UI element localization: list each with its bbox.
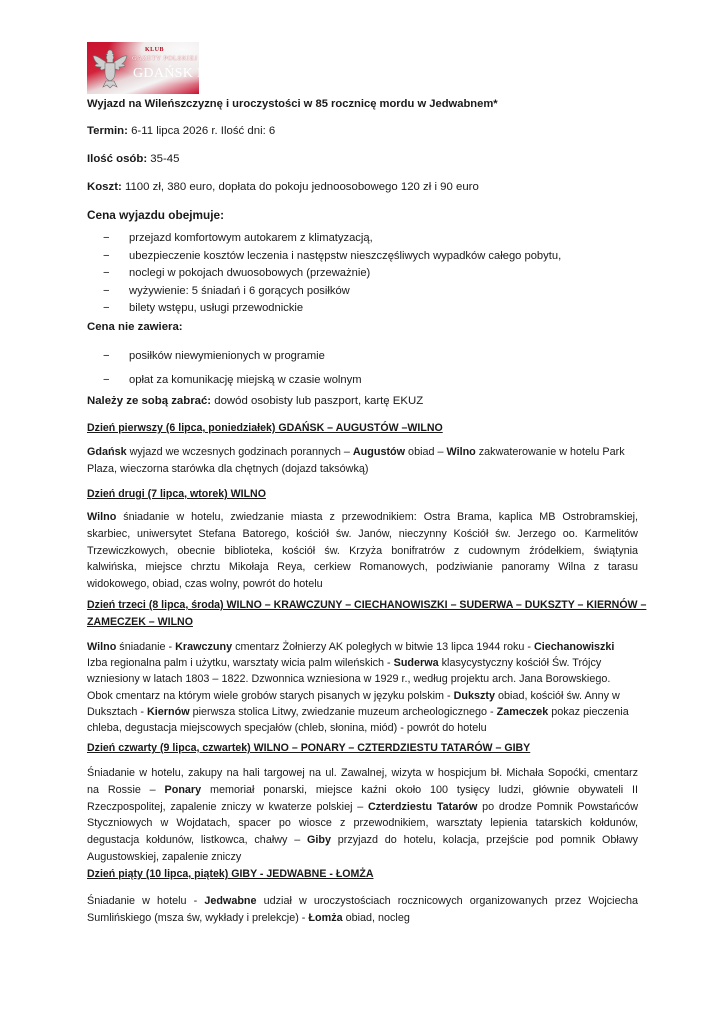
day-5-heading: Dzień piąty (10 lipca, piątek) GIBY - JE… [87,867,373,881]
description-text: klasycystyczny kościół Św. Trójcy [439,657,602,669]
description-line: Sumlińskiego (msza św, wykłady i prelekc… [87,910,638,927]
description-line: Styczniowych w Wojdatach, spacer po wios… [87,815,638,832]
document-title: Wyjazd na Wileńszczyznę i uroczystości w… [87,97,498,111]
place-name: Suderwa [394,657,439,669]
people-row: Ilość osób: 35-45 [87,152,179,166]
logo-line-1: KLUB [145,47,164,53]
description-text: udział w uroczystościach rocznicowych or… [257,895,638,907]
place-name: Gdańsk [87,446,127,458]
place-name: Ciechanowiszki [534,641,614,653]
description-line: Trzewiczkowych, obecnie biblioteka, kośc… [87,543,638,560]
description-text: Augustowskiej, zapalenie zniczy [87,851,241,863]
dash-bullet-icon: − [103,300,110,318]
description-text: obiad – [405,446,446,458]
description-text: obiad, nocleg [343,912,410,924]
place-name: Czterdziestu Tatarów [368,801,478,813]
description-text: Plaza, wieczorna starówka dla chętnych (… [87,463,368,475]
term-label: Termin: [87,125,128,137]
includes-heading: Cena wyjazdu obejmuje: [87,208,224,222]
description-text: Rzeczpospolitej, zapalenie zniczy w kwat… [87,801,368,813]
excludes-item: −opłat za komunikację miejską w czasie w… [87,368,362,392]
place-name: Zameczek [497,706,549,718]
includes-list: −przejazd komfortowym autokarem z klimat… [87,230,561,318]
description-line: Wilno śniadanie - Krawczuny cmentarz Żoł… [87,639,638,655]
day-1-heading: Dzień pierwszy (6 lipca, poniedziałek) G… [87,421,443,435]
place-name: Dukszty [454,690,495,702]
includes-item: −noclegi w pokojach dwuosobowych (przewa… [87,265,561,283]
dash-bullet-icon: − [103,248,110,266]
description-text: kalwińska, miejsce chrztu Mikołaja Reya,… [87,561,638,573]
place-name: Łomża [308,912,342,924]
description-text: wyjazd we wczesnych godzinach porannych … [127,446,353,458]
day-3-heading-line-1: Dzień trzeci (8 lipca, środa) WILNO – KR… [87,598,646,612]
term-value: 6-11 lipca 2026 r. Ilość dni: 6 [128,125,275,137]
cost-label: Koszt: [87,181,122,193]
description-line: Izba regionalna palm i użytku, warsztaty… [87,655,638,671]
description-line: Wilno śniadanie w hotelu, zwiedzanie mia… [87,509,638,526]
excludes-item-text: opłat za komunikację miejską w czasie wo… [129,374,362,386]
dash-bullet-icon: − [103,368,110,392]
description-line: Obok cmentarz na którym wiele grobów sta… [87,688,638,704]
description-text: Obok cmentarz na którym wiele grobów sta… [87,690,454,702]
description-text: skarbiec, uniwersytet Stefana Batorego, … [87,528,638,540]
description-line: Augustowskiej, zapalenie zniczy [87,849,638,866]
includes-item-text: bilety wstępu, usługi przewodnickie [129,302,303,314]
people-label: Ilość osób: [87,153,147,165]
includes-item: −bilety wstępu, usługi przewodnickie [87,300,561,318]
place-name: Kiernów [147,706,190,718]
description-text: chleba, degustacja miejscowych specjałów… [87,722,487,734]
includes-item: −ubezpieczenie kosztów leczenia i następ… [87,248,561,266]
logo-line-3: GDAŃSK II [133,66,199,82]
place-name: Jedwabne [204,895,256,907]
day-4-heading: Dzień czwarty (9 lipca, czwartek) WILNO … [87,741,530,755]
description-line: Rzeczpospolitej, zapalenie zniczy w kwat… [87,799,638,816]
description-text: śniadanie - [116,641,175,653]
logo-line-2: GAZETY POLSKIEJ [132,55,198,62]
description-text: Izba regionalna palm i użytku, warsztaty… [87,657,394,669]
place-name: Wilno [87,641,116,653]
description-text: widokowego, obiad, czas wolny, powrót do… [87,578,323,590]
description-text: memoriał ponarski, miejsce kaźni około 1… [201,784,638,796]
place-name: Giby [307,834,331,846]
description-text: przyjazd do hotelu, kolacja, przejście p… [331,834,638,846]
description-text: degustacja kołdunów, listkowca, chałwy – [87,834,307,846]
day-5-description: Śniadanie w hotelu - Jedwabne udział w u… [87,893,638,927]
document-page: KLUB GAZETY POLSKIEJ GDAŃSK II Wyjazd na… [0,0,725,1024]
description-text: obiad, kościół św. Anny w [495,690,620,702]
description-line: degustacja kołdunów, listkowca, chałwy –… [87,832,638,849]
cost-value: 1100 zł, 380 euro, dopłata do pokoju jed… [122,181,479,193]
bring-row: Należy ze sobą zabrać: dowód osobisty lu… [87,394,423,408]
description-line: wzniesiony w latach 1803 – 1822. Dzwonni… [87,671,638,687]
place-name: Ponary [165,784,202,796]
description-text: Duksztach - [87,706,147,718]
description-text: cmentarz Żołnierzy AK poległych w bitwie… [232,641,534,653]
description-text: zakwaterowanie w hotelu Park [476,446,625,458]
includes-item: −przejazd komfortowym autokarem z klimat… [87,230,561,248]
description-text: śniadanie w hotelu, zwiedzanie miasta z … [116,511,638,523]
excludes-heading: Cena nie zawiera: [87,320,183,334]
description-line: kalwińska, miejsce chrztu Mikołaja Reya,… [87,559,638,576]
place-name: Krawczuny [175,641,232,653]
description-text: pokaz pieczenia [548,706,628,718]
description-text: pierwsza stolica Litwy, zwiedzanie muzeu… [190,706,497,718]
excludes-item-text: posiłków niewymienionych w programie [129,350,325,362]
term-row: Termin: 6-11 lipca 2026 r. Ilość dni: 6 [87,124,275,138]
dash-bullet-icon: − [103,265,110,283]
description-text: Trzewiczkowych, obecnie biblioteka, kośc… [87,545,638,557]
day-4-description: Śniadanie w hotelu, zakupy na hali targo… [87,765,638,866]
description-line: chleba, degustacja miejscowych specjałów… [87,720,638,736]
place-name: Wilno [87,511,116,523]
description-line: Plaza, wieczorna starówka dla chętnych (… [87,461,638,478]
description-text: po drodze Pomnik Powstańców [477,801,638,813]
description-line: widokowego, obiad, czas wolny, powrót do… [87,576,638,593]
place-name: Wilno [446,446,475,458]
bring-value: dowód osobisty lub paszport, kartę EKUZ [211,395,423,407]
includes-item-text: noclegi w pokojach dwuosobowych (przeważ… [129,267,370,279]
dash-bullet-icon: − [103,230,110,248]
includes-item: −wyżywienie: 5 śniadań i 6 gorących posi… [87,283,561,301]
day-1-description: Gdańsk wyjazd we wczesnych godzinach por… [87,444,638,478]
people-value: 35-45 [147,153,179,165]
description-text: wzniesiony w latach 1803 – 1822. Dzwonni… [87,673,610,685]
place-name: Augustów [353,446,405,458]
description-line: na Rossie – Ponary memoriał ponarski, mi… [87,782,638,799]
day-3-heading-line-2: ZAMECZEK – WILNO [87,615,193,629]
club-logo: KLUB GAZETY POLSKIEJ GDAŃSK II [87,42,199,94]
excludes-item: −posiłków niewymienionych w programie [87,344,362,368]
description-line: Duksztach - Kiernów pierwsza stolica Lit… [87,704,638,720]
dash-bullet-icon: − [103,283,110,301]
description-text: Styczniowych w Wojdatach, spacer po wios… [87,817,638,829]
description-line: Śniadanie w hotelu, zakupy na hali targo… [87,765,638,782]
description-line: Śniadanie w hotelu - Jedwabne udział w u… [87,893,638,910]
description-text: na Rossie – [87,784,165,796]
excludes-list: −posiłków niewymienionych w programie−op… [87,344,362,392]
description-text: Sumlińskiego (msza św, wykłady i prelekc… [87,912,308,924]
bring-label: Należy ze sobą zabrać: [87,395,211,407]
day-2-heading: Dzień drugi (7 lipca, wtorek) WILNO [87,487,266,501]
description-text: Śniadanie w hotelu - [87,895,204,907]
cost-row: Koszt: 1100 zł, 380 euro, dopłata do pok… [87,180,479,194]
eagle-icon [91,46,129,90]
description-line: Gdańsk wyjazd we wczesnych godzinach por… [87,444,638,461]
day-3-description: Wilno śniadanie - Krawczuny cmentarz Żoł… [87,639,638,736]
includes-item-text: ubezpieczenie kosztów leczenia i następs… [129,250,561,262]
dash-bullet-icon: − [103,344,110,368]
day-2-description: Wilno śniadanie w hotelu, zwiedzanie mia… [87,509,638,593]
includes-item-text: wyżywienie: 5 śniadań i 6 gorących posił… [129,285,350,297]
description-text: Śniadanie w hotelu, zakupy na hali targo… [87,767,638,779]
description-line: skarbiec, uniwersytet Stefana Batorego, … [87,526,638,543]
includes-item-text: przejazd komfortowym autokarem z klimaty… [129,232,373,244]
